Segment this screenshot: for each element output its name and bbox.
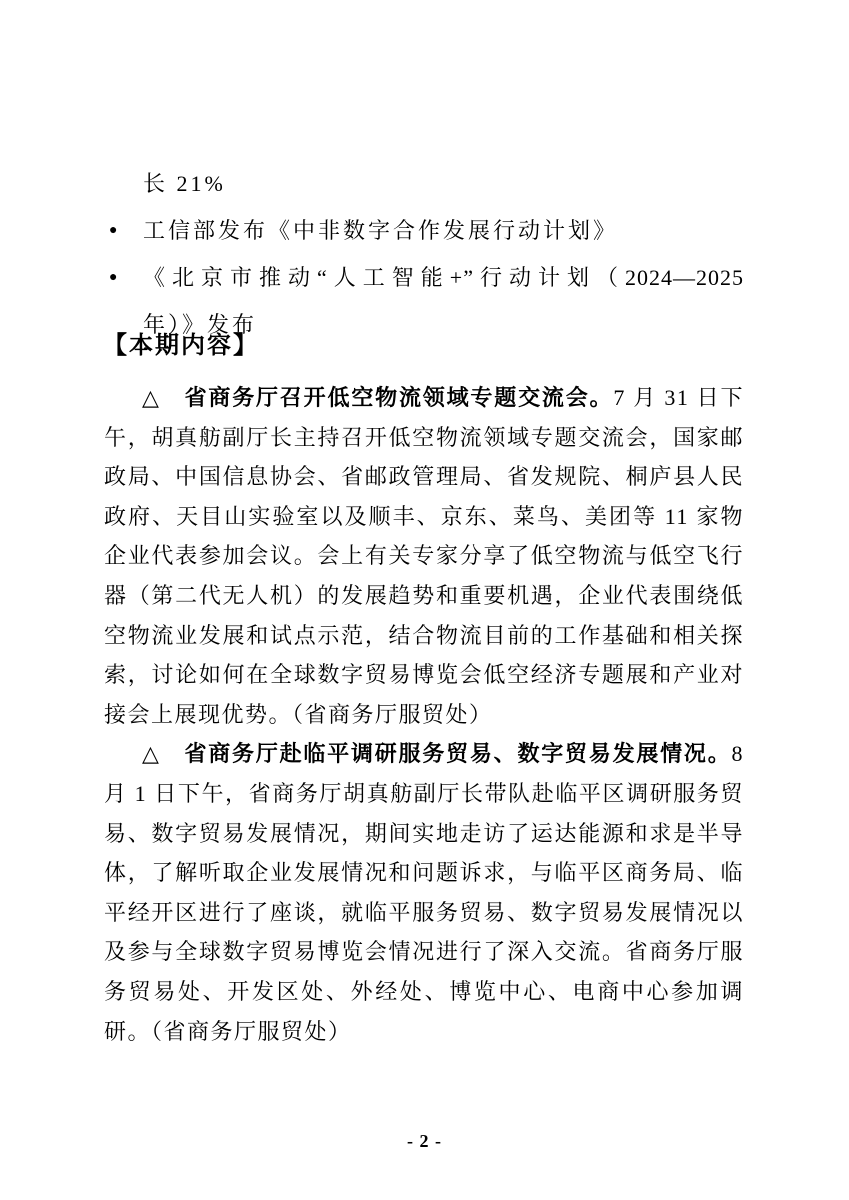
- body-text: △ 省商务厅召开低空物流领域专题交流会。7 月 31 日下 午，胡真舫副厅长主持…: [104, 378, 744, 1051]
- article-1-line: △ 省商务厅召开低空物流领域专题交流会。7 月 31 日下: [104, 378, 744, 418]
- summary-bullet-2: ● 《北京市推动“人工智能+”行动计划（2024—2025: [104, 254, 744, 301]
- article-2-title: △ 省商务厅赴临平调研服务贸易、数字贸易发展情况。: [142, 741, 732, 766]
- document-page: 长 21% ● 工信部发布《中非数字合作发展行动计划》 ● 《北京市推动“人工智…: [0, 0, 849, 1200]
- article-2-line: △ 省商务厅赴临平调研服务贸易、数字贸易发展情况。8: [104, 734, 744, 774]
- section-header: 【本期内容】: [103, 333, 259, 359]
- summary-carryover-line: 长 21%: [104, 160, 744, 207]
- summary-bullet-2-text: 《北京市推动“人工智能+”行动计划（2024—2025: [143, 265, 744, 290]
- summary-section: 长 21% ● 工信部发布《中非数字合作发展行动计划》 ● 《北京市推动“人工智…: [104, 160, 744, 348]
- article-2-line-text: 8: [732, 741, 745, 766]
- article-1-line: 企业代表参加会议。会上有关专家分享了低空物流与低空飞行: [104, 536, 744, 576]
- article-1-line: 午，胡真舫副厅长主持召开低空物流领域专题交流会，国家邮: [104, 418, 744, 458]
- bullet-icon: ●: [109, 254, 117, 301]
- article-2-line: 平经开区进行了座谈，就临平服务贸易、数字贸易发展情况以: [104, 893, 744, 933]
- article-2-line: 研。（省商务厅服贸处）: [104, 1012, 744, 1052]
- article-2-line: 易、数字贸易发展情况，期间实地走访了运达能源和求是半导: [104, 814, 744, 854]
- summary-carryover-text: 长 21%: [143, 171, 226, 196]
- article-1-line: 政府、天目山实验室以及顺丰、京东、菜鸟、美团等 11 家物流: [104, 497, 744, 537]
- article-2-line: 务贸易处、开发区处、外经处、博览中心、电商中心参加调: [104, 972, 744, 1012]
- article-1-title: △ 省商务厅召开低空物流领域专题交流会。: [142, 385, 613, 410]
- article-1-line: 空物流业发展和试点示范，结合物流目前的工作基础和相关探: [104, 616, 744, 656]
- bullet-icon: ●: [109, 207, 117, 254]
- article-2-line: 体，了解听取企业发展情况和问题诉求，与临平区商务局、临: [104, 853, 744, 893]
- article-2-line: 月 1 日下午，省商务厅胡真舫副厅长带队赴临平区调研服务贸: [104, 774, 744, 814]
- article-1-line: 政局、中国信息协会、省邮政管理局、省发规院、桐庐县人民: [104, 457, 744, 497]
- article-1-line: 器（第二代无人机）的发展趋势和重要机遇，企业代表围绕低: [104, 576, 744, 616]
- article-2-line: 及参与全球数字贸易博览会情况进行了深入交流。省商务厅服: [104, 932, 744, 972]
- summary-bullet-1-text: 工信部发布《中非数字合作发展行动计划》: [143, 218, 618, 243]
- article-1-line: 索，讨论如何在全球数字贸易博览会低空经济专题展和产业对: [104, 655, 744, 695]
- page-number: - 2 -: [0, 1130, 849, 1152]
- summary-bullet-1: ● 工信部发布《中非数字合作发展行动计划》: [104, 207, 744, 254]
- article-1-line-text: 7 月 31 日下: [613, 385, 744, 410]
- article-1-line: 接会上展现优势。（省商务厅服贸处）: [104, 695, 744, 735]
